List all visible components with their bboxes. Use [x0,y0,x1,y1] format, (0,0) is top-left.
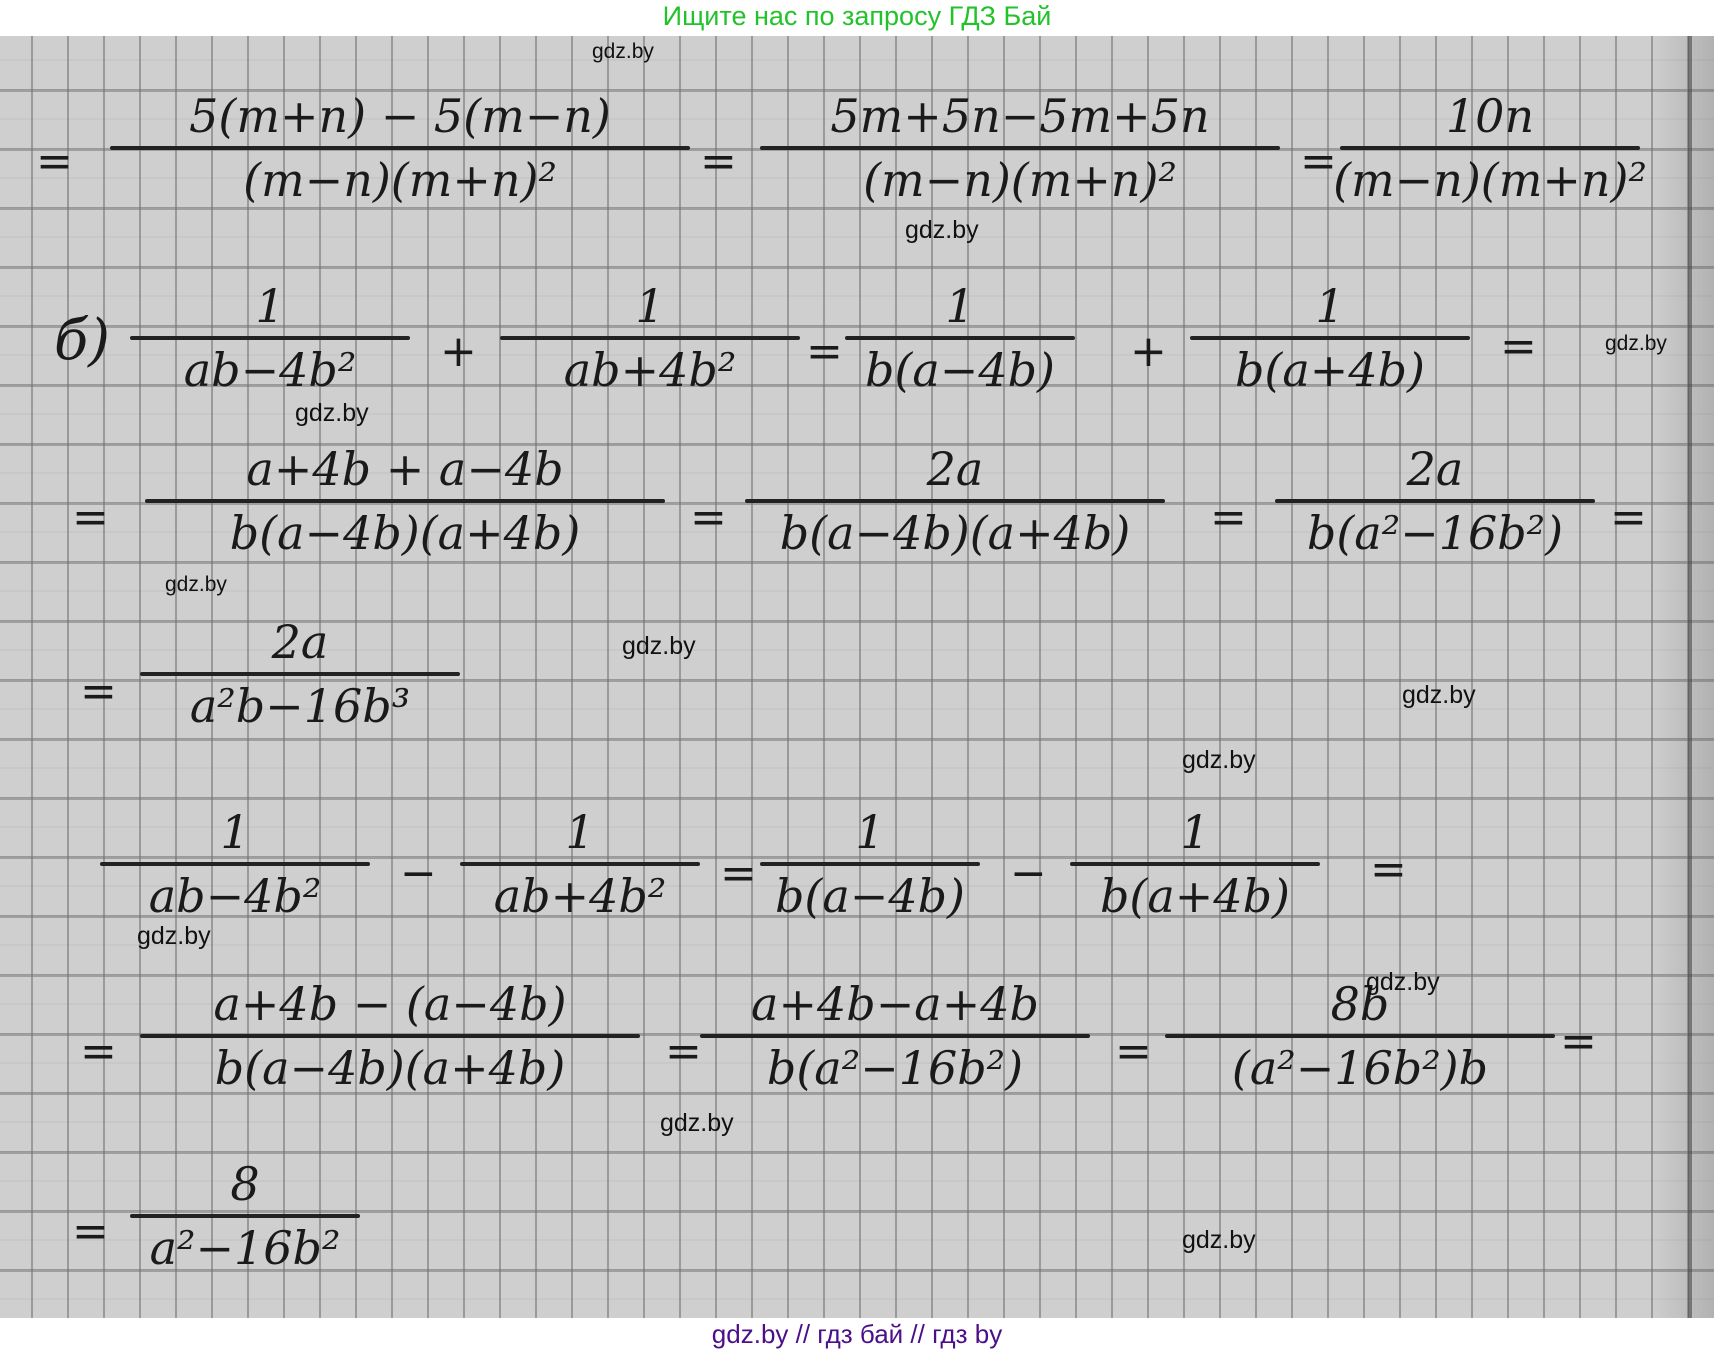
fraction-bar [1190,336,1470,340]
numerator: 1 [845,804,894,860]
denominator: b(a−4b)(a+4b) [205,1040,576,1096]
fraction-bar [460,862,700,866]
fraction: 1 ab−4b² [100,804,370,924]
watermark: gdz.by [1366,968,1440,997]
plus-sign: + [440,326,477,377]
fraction-bar [110,146,690,150]
denominator: b(a−4b)(a+4b) [770,505,1141,561]
fraction-bar [760,862,980,866]
fraction-bar [145,499,665,503]
denominator: (m−n)(m+n)² [1323,152,1657,208]
equals-sign: = [80,666,117,717]
equals-sign: = [806,326,843,377]
numerator: 2a [917,441,994,497]
fraction: a+4b + a−4b b(a−4b)(a+4b) [145,441,665,561]
denominator: b(a²−16b²) [1297,505,1573,561]
denominator: ab+4b² [484,868,677,924]
watermark: gdz.by [1605,332,1667,356]
fraction-bar [745,499,1165,503]
numerator: 1 [935,278,984,334]
footer-banner: gdz.by // гдз бай // гдз by [0,1318,1714,1353]
minus-sign: − [1010,848,1047,899]
fraction-bar [130,336,410,340]
watermark: gdz.by [592,40,654,64]
numerator: 5(m+n) − 5(m−n) [179,88,621,144]
fraction: 10n (m−n)(m+n)² [1340,88,1640,208]
fraction: 5m+5n−5m+5n (m−n)(m+n)² [760,88,1280,208]
fraction: 1 b(a−4b) [760,804,980,924]
denominator: (m−n)(m+n)² [853,152,1187,208]
denominator: b(a−4b) [855,342,1065,398]
watermark: gdz.by [137,922,211,951]
fraction-bar [130,1214,360,1218]
fraction: 1 b(a+4b) [1190,278,1470,398]
equals-sign: = [72,492,109,543]
denominator: (m−n)(m+n)² [233,152,567,208]
fraction-bar [1340,146,1640,150]
equals-sign: = [36,136,73,187]
watermark: gdz.by [295,399,369,428]
equals-sign: = [1560,1016,1597,1067]
denominator: b(a−4b)(a+4b) [220,505,591,561]
page-edge-shadow [1650,36,1714,1318]
fraction: 2a a²b−16b³ [140,614,460,734]
numerator: 8 [220,1156,269,1212]
equals-sign: = [80,1026,117,1077]
equals-sign: = [665,1026,702,1077]
denominator: a²−16b² [140,1220,351,1276]
top-banner: Ищите нас по запросу ГДЗ Бай [0,0,1714,36]
numerator: 1 [1305,278,1354,334]
equals-sign: = [1210,492,1247,543]
watermark: gdz.by [1402,681,1476,710]
watermark: gdz.by [905,216,979,245]
numerator: 1 [625,278,674,334]
fraction: a+4b − (a−4b) b(a−4b)(a+4b) [140,976,640,1096]
fraction: 1 b(a−4b) [845,278,1075,398]
equals-sign: = [700,136,737,187]
numerator: 2a [1397,441,1474,497]
fraction: 8 a²−16b² [130,1156,360,1276]
fraction-bar [1070,862,1320,866]
watermark: gdz.by [622,632,696,661]
denominator: ab−4b² [174,342,367,398]
fraction: 1 b(a+4b) [1070,804,1320,924]
equals-sign: = [1610,492,1647,543]
denominator: ab+4b² [554,342,747,398]
watermark: gdz.by [165,573,227,597]
numerator: a+4b−a+4b [741,976,1049,1032]
plus-sign: + [1130,326,1167,377]
equals-sign: = [1115,1026,1152,1077]
denominator: a²b−16b³ [180,678,420,734]
fraction-bar [1275,499,1595,503]
fraction: 1 ab+4b² [500,278,800,398]
part-label: б) [54,308,110,373]
numerator: a+4b − (a−4b) [203,976,576,1032]
fraction-bar [700,1034,1090,1038]
fraction: 2a b(a²−16b²) [1275,441,1595,561]
fraction: 8b (a²−16b²)b [1165,976,1555,1096]
fraction: 1 ab+4b² [460,804,700,924]
equals-sign: = [690,492,727,543]
fraction: 1 ab−4b² [130,278,410,398]
denominator: (a²−16b²)b [1222,1040,1498,1096]
denominator: b(a²−16b²) [757,1040,1033,1096]
numerator: 1 [555,804,604,860]
notebook-page-photo: = 5(m+n) − 5(m−n) (m−n)(m+n)² = 5m+5n−5m… [0,36,1714,1318]
fraction: 5(m+n) − 5(m−n) (m−n)(m+n)² [110,88,690,208]
equals-sign: = [72,1206,109,1257]
numerator: 1 [210,804,259,860]
fraction-bar [1165,1034,1555,1038]
watermark: gdz.by [1182,1226,1256,1255]
equals-sign: = [1500,321,1537,372]
minus-sign: − [400,848,437,899]
fraction-bar [140,1034,640,1038]
denominator: ab−4b² [139,868,332,924]
watermark: gdz.by [1182,746,1256,775]
numerator: 10n [1436,88,1544,144]
numerator: a+4b + a−4b [236,441,573,497]
denominator: b(a−4b) [765,868,975,924]
equals-sign: = [1370,844,1407,895]
numerator: 2a [262,614,339,670]
numerator: 1 [245,278,294,334]
equals-sign: = [720,848,757,899]
denominator: b(a+4b) [1090,868,1300,924]
fraction-bar [100,862,370,866]
fraction-bar [845,336,1075,340]
fraction-bar [140,672,460,676]
fraction: a+4b−a+4b b(a²−16b²) [700,976,1090,1096]
numerator: 1 [1170,804,1219,860]
fraction-bar [500,336,800,340]
fraction: 2a b(a−4b)(a+4b) [745,441,1165,561]
fraction-bar [760,146,1280,150]
watermark: gdz.by [660,1109,734,1138]
denominator: b(a+4b) [1225,342,1435,398]
numerator: 5m+5n−5m+5n [820,88,1219,144]
